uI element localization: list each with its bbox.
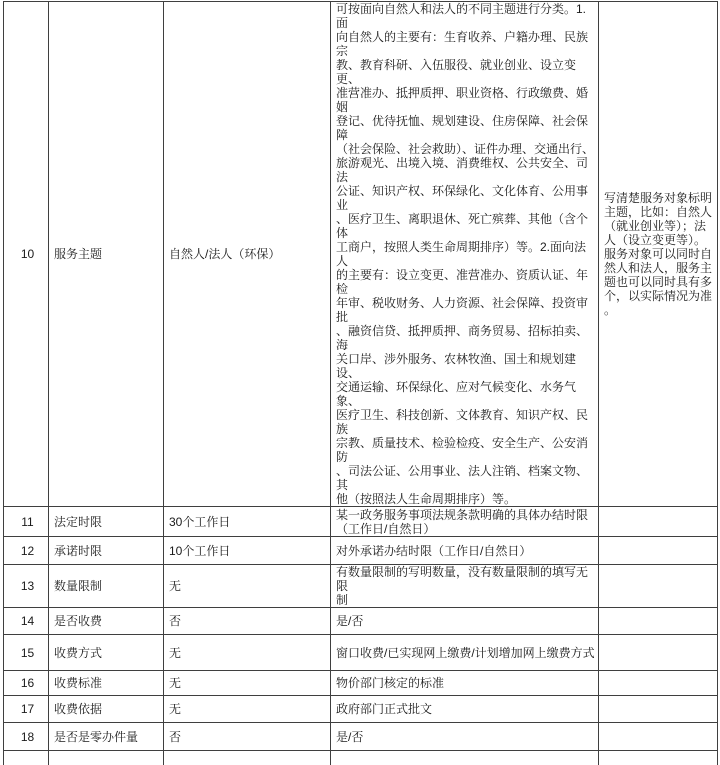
field-description-cell: 可按面向自然人和法人的不同主题进行分类。1.面 向自然人的主要有：生育收养、户籍… <box>331 2 599 494</box>
service-item-table: 10 服务主题 自然人/法人（环保） 可按面向自然人和法人的不同主题进行分类。1… <box>3 1 718 493</box>
field-note-cell: 写清楚服务对象标明 主题，比如：自然人 （就业创业等）；法 人（设立变更等）。 … <box>599 2 718 494</box>
table-row: 10 服务主题 自然人/法人（环保） 可按面向自然人和法人的不同主题进行分类。1… <box>4 2 718 494</box>
field-value-cell: 自然人/法人（环保） <box>164 2 331 494</box>
field-name-cell: 服务主题 <box>49 2 164 494</box>
row-number-cell: 10 <box>4 2 49 494</box>
